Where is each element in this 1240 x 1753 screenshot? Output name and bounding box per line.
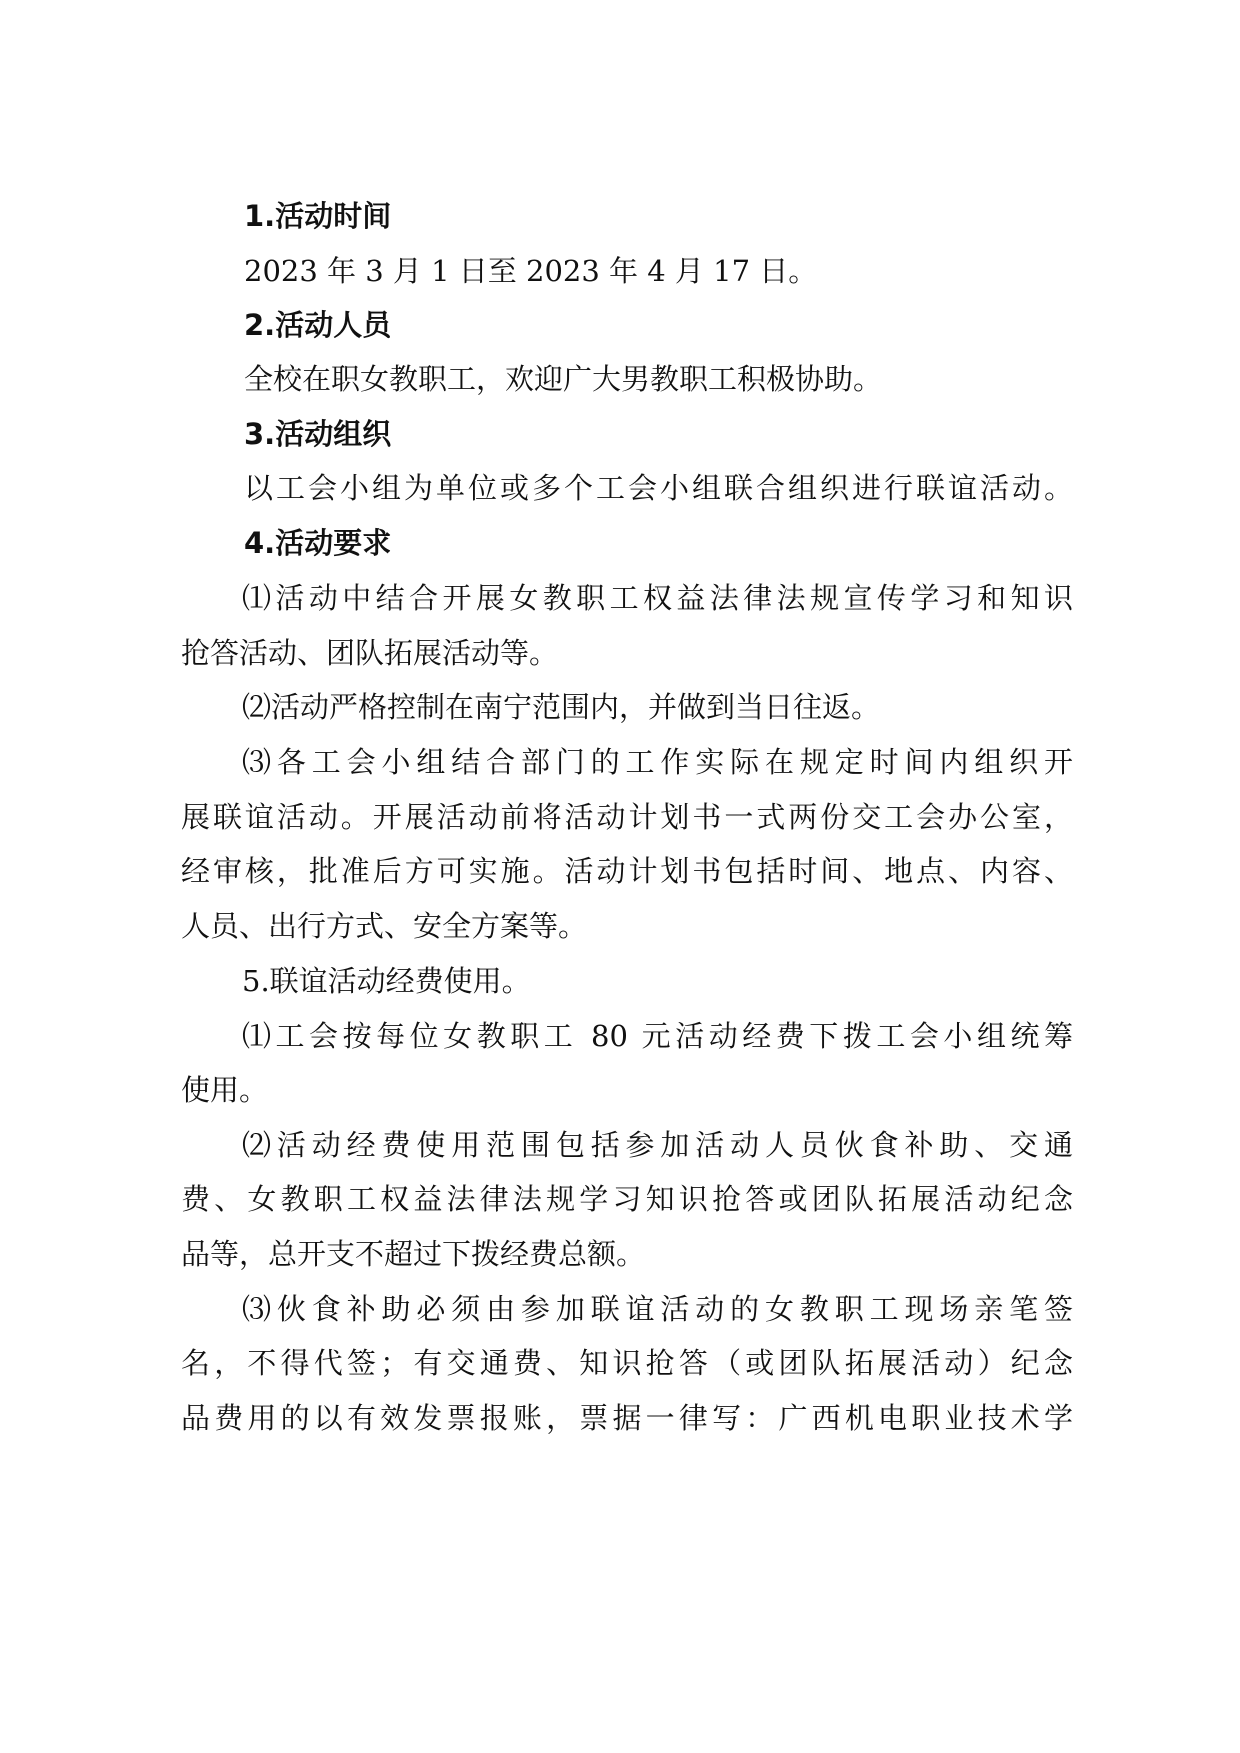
section-heading-funding: 5.联谊活动经费使用。	[242, 961, 1073, 1001]
requirement-2-line-1: ⑵活动严格控制在南宁范围内，并做到当日往返。	[242, 687, 1073, 727]
funding-1-line-1: ⑴工会按每位女教职工 80 元活动经费下拨工会小组统筹	[242, 1016, 1073, 1056]
section-heading-time: 1.活动时间	[244, 196, 1073, 236]
funding-2-line-2: 费、女教职工权益法律法规学习知识抢答或团队拓展活动纪念	[181, 1179, 1073, 1219]
requirement-1-line-2: 抢答活动、团队拓展活动等。	[181, 633, 1073, 673]
section-heading-organization: 3.活动组织	[244, 414, 1073, 454]
requirement-3-line-1: ⑶各工会小组结合部门的工作实际在规定时间内组织开	[242, 742, 1073, 782]
funding-2-line-1: ⑵活动经费使用范围包括参加活动人员伙食补助、交通	[242, 1125, 1073, 1165]
funding-3-line-2: 名，不得代签；有交通费、知识抢答（或团队拓展活动）纪念	[181, 1343, 1073, 1383]
funding-1-line-2: 使用。	[181, 1070, 1073, 1110]
activity-time-text: 2023 年 3 月 1 日至 2023 年 4 月 17 日。	[244, 251, 1073, 291]
activity-people-text: 全校在职女教职工，欢迎广大男教职工积极协助。	[244, 359, 1073, 399]
requirement-1-line-1: ⑴活动中结合开展女教职工权益法律法规宣传学习和知识	[242, 578, 1073, 618]
funding-3-line-1: ⑶伙食补助必须由参加联谊活动的女教职工现场亲笔签	[242, 1289, 1073, 1329]
activity-organization-text: 以工会小组为单位或多个工会小组联合组织进行联谊活动。	[244, 468, 1073, 508]
requirement-3-line-2: 展联谊活动。开展活动前将活动计划书一式两份交工会办公室，	[181, 797, 1073, 837]
requirement-3-line-3: 经审核，批准后方可实施。活动计划书包括时间、地点、内容、	[181, 851, 1073, 891]
section-heading-requirements: 4.活动要求	[244, 523, 1073, 563]
funding-3-line-3: 品费用的以有效发票报账，票据一律写：广西机电职业技术学	[181, 1398, 1073, 1438]
section-heading-people: 2.活动人员	[244, 305, 1073, 345]
requirement-3-line-4: 人员、出行方式、安全方案等。	[181, 906, 1073, 946]
funding-2-line-3: 品等，总开支不超过下拨经费总额。	[181, 1234, 1073, 1274]
document-page: 1.活动时间 2023 年 3 月 1 日至 2023 年 4 月 17 日。 …	[0, 0, 1240, 1753]
